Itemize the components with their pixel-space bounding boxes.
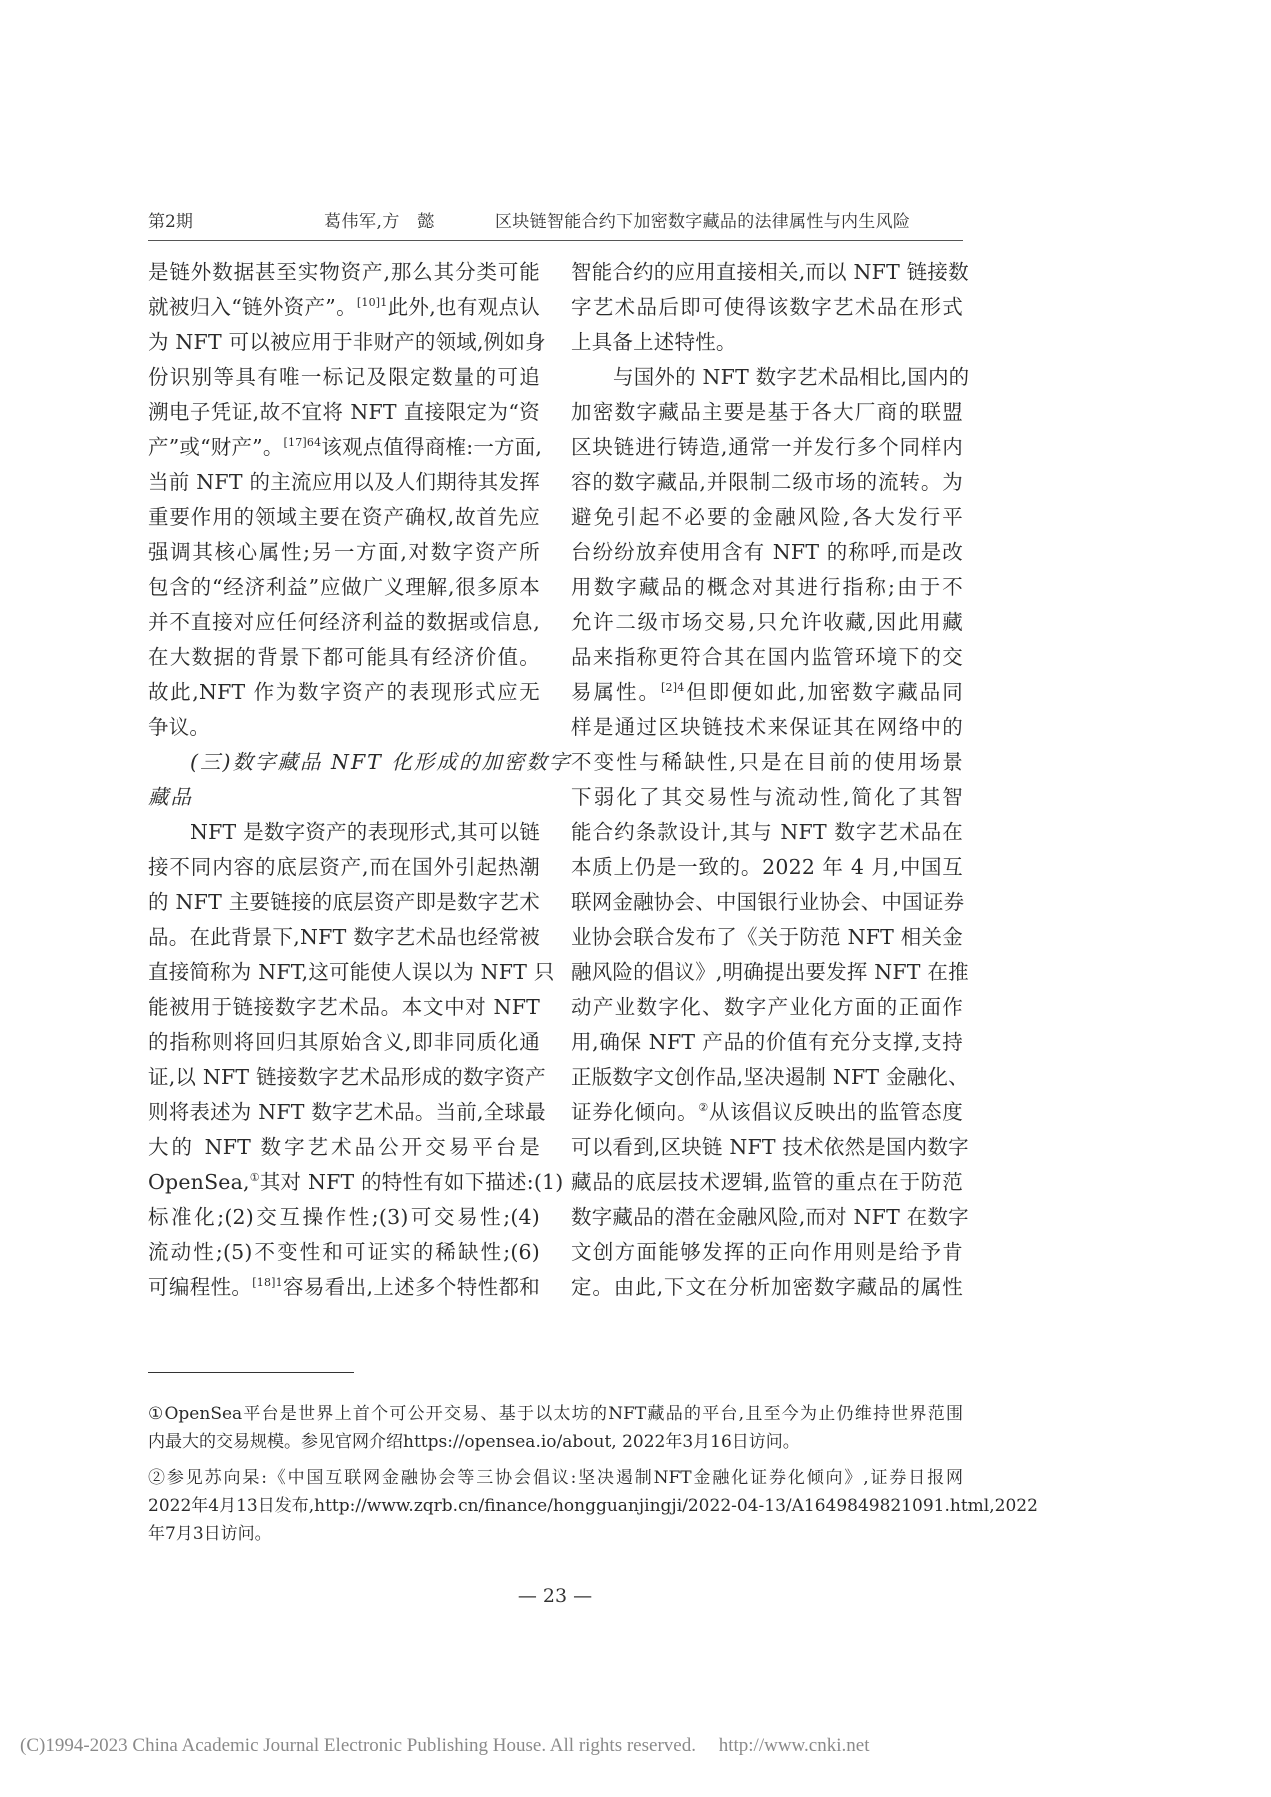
text-line: 在大数据的背景下都可能具有经济价值。 [148,640,540,675]
text-line: 份识别等具有唯一标记及限定数量的可追 [148,360,540,395]
text-line: 智能合约的应用直接相关,而以 NFT 链接数 [571,255,963,290]
line-text: 样是通过区块链技术来保证其在网络中的 [571,715,963,739]
line-text: 文创方面能够发挥的正向作用则是给予肯 [571,1240,963,1264]
text-line: 本质上仍是一致的。2022 年 4 月,中国互 [571,850,963,885]
text-line: 是链外数据甚至实物资产,那么其分类可能 [148,255,540,290]
text-line: 接不同内容的底层资产,而在国外引起热潮 [148,850,540,885]
line-text: 能被用于链接数字艺术品。本文中对 NFT [148,995,540,1019]
line-text: 用数字藏品的概念对其进行指称;由于不 [571,575,963,599]
line-text: OpenSea, [148,1170,250,1194]
text-line: 的指称则将回归其原始含义,即非同质化通 [148,1025,540,1060]
text-line: 与国外的 NFT 数字艺术品相比,国内的 [571,360,963,395]
line-text: 定。由此,下文在分析加密数字藏品的属性 [571,1275,963,1299]
line-text: 可以看到,区块链 NFT 技术依然是国内数字 [571,1135,969,1159]
text-line: 并不直接对应任何经济利益的数据或信息, [148,605,540,640]
line-text: 区块链进行铸造,通常一并发行多个同样内 [571,435,963,459]
line-text: 此外,也有观点认 [387,295,540,319]
text-line: 动产业数字化、数字产业化方面的正面作 [571,990,963,1025]
text-line: 强调其核心属性;另一方面,对数字资产所 [148,535,540,570]
line-text: 下弱化了其交易性与流动性,简化了其智 [571,785,963,809]
header-divider [148,240,963,241]
citation-marker: ① [250,1171,260,1184]
line-text: 避免引起不必要的金融风险,各大发行平 [571,505,963,529]
footnote-text: OpenSea平台是世界上首个可公开交易、基于以太坊的NFT藏品的平台,且至今为… [164,1404,963,1424]
line-text: 加密数字藏品主要是基于各大厂商的联盟 [571,400,963,424]
line-text: 容易看出,上述多个特性都和 [283,1275,540,1299]
text-line: 容的数字藏品,并限制二级市场的流转。为 [571,465,963,500]
text-line: 的 NFT 主要链接的底层资产即是数字艺术 [148,885,540,920]
line-text: 重要作用的领域主要在资产确权,故首先应 [148,505,540,529]
text-line: 能合约条款设计,其与 NFT 数字艺术品在 [571,815,963,850]
running-header: 第2期 葛伟军,方 懿 区块链智能合约下加密数字藏品的法律属性与内生风险 [148,207,963,237]
line-text: 容的数字藏品,并限制二级市场的流转。为 [571,470,963,494]
text-line: 台纷纷放弃使用含有 NFT 的称呼,而是改 [571,535,963,570]
text-line: 当前 NFT 的主流应用以及人们期待其发挥 [148,465,540,500]
line-text: 强调其核心属性;另一方面,对数字资产所 [148,540,540,564]
text-line: 溯电子凭证,故不宜将 NFT 直接限定为“资 [148,395,540,430]
text-line: 易属性。[2]4但即便如此,加密数字藏品同 [571,675,963,710]
line-text: 包含的“经济利益”应做广义理解,很多原本 [148,575,540,599]
line-text: 品。在此背景下,NFT 数字艺术品也经常被 [148,925,540,949]
line-text: 联网金融协会、中国银行业协会、中国证券 [571,890,964,914]
line-text: 业协会联合发布了《关于防范 NFT 相关金 [571,925,963,949]
article-title: 区块链智能合约下加密数字藏品的法律属性与内生风险 [495,207,910,232]
line-text: 正版数字文创作品,坚决遏制 NFT 金融化、 [571,1065,969,1089]
article-authors: 葛伟军,方 懿 [324,207,435,232]
line-text: 数字藏品的潜在金融风险,而对 NFT 在数字 [571,1205,969,1229]
line-text: 故此,NFT 作为数字资产的表现形式应无 [148,680,540,704]
left-column: 是链外数据甚至实物资产,那么其分类可能就被归入“链外资产”。[10]1此外,也有… [148,255,540,1305]
text-line: 则将表述为 NFT 数字艺术品。当前,全球最 [148,1095,540,1130]
citation-marker: [10]1 [357,296,388,309]
text-line: 标准化;(2)交互操作性;(3)可交易性;(4) [148,1200,540,1235]
footnote: ①OpenSea平台是世界上首个可公开交易、基于以太坊的NFT藏品的平台,且至今… [148,1400,963,1456]
line-text: 标准化;(2)交互操作性;(3)可交易性;(4) [148,1205,540,1229]
text-line: 数字藏品的潜在金融风险,而对 NFT 在数字 [571,1200,963,1235]
line-text: 字艺术品后即可使得该数字艺术品在形式 [571,295,963,319]
line-text: 产”或“财产”。 [148,435,284,459]
issue-number: 第2期 [148,207,193,232]
line-text: 易属性。 [571,680,661,704]
text-line: 大的 NFT 数字艺术品公开交易平台是 [148,1130,540,1165]
citation-marker: [18]1 [252,1276,283,1289]
text-line: 业协会联合发布了《关于防范 NFT 相关金 [571,920,963,955]
footnote-spacer [148,1456,963,1464]
line-text: 为 NFT 可以被应用于非财产的领域,例如身 [148,330,546,354]
text-line: 用,确保 NFT 产品的价值有充分支撑,支持 [571,1025,963,1060]
text-line: 不变性与稀缺性,只是在目前的使用场景 [571,745,963,780]
page-number: — 23 — [0,1585,1110,1607]
line-text: 不变性与稀缺性,只是在目前的使用场景 [571,750,963,774]
footnote: ②参见苏向杲:《中国互联网金融协会等三协会倡议:坚决遏制NFT金融化证券化倾向》… [148,1464,963,1548]
text-line: 可编程性。[18]1容易看出,上述多个特性都和 [148,1270,540,1305]
text-line: 允许二级市场交易,只允许收藏,因此用藏 [571,605,963,640]
line-text: 溯电子凭证,故不宜将 NFT 直接限定为“资 [148,400,540,424]
line-text: 该观点值得商榷:一方面, [321,435,542,459]
text-line: 可以看到,区块链 NFT 技术依然是国内数字 [571,1130,963,1165]
line-text: 流动性;(5)不变性和可证实的稀缺性;(6) [148,1240,540,1264]
line-text: 证券化倾向。 [571,1100,698,1124]
line-text: 允许二级市场交易,只允许收藏,因此用藏 [571,610,963,634]
text-line: 流动性;(5)不变性和可证实的稀缺性;(6) [148,1235,540,1270]
line-text: 的 NFT 主要链接的底层资产即是数字艺术 [148,890,540,914]
copyright-text: (C)1994-2023 China Academic Journal Elec… [20,1735,696,1756]
line-text: 在大数据的背景下都可能具有经济价值。 [148,645,540,669]
line-text: 但即便如此,加密数字藏品同 [684,680,963,704]
footnote-marker: ② [148,1468,167,1488]
text-line: 样是通过区块链技术来保证其在网络中的 [571,710,963,745]
text-line: OpenSea,①其对 NFT 的特性有如下描述:(1) [148,1165,540,1200]
text-line: 证券化倾向。②从该倡议反映出的监管态度 [571,1095,963,1130]
text-line: 藏品 [148,780,540,815]
line-text: 的指称则将回归其原始含义,即非同质化通 [148,1030,540,1054]
text-line: 用数字藏品的概念对其进行指称;由于不 [571,570,963,605]
line-text: 动产业数字化、数字产业化方面的正面作 [571,995,963,1019]
text-line: (三)数字藏品 NFT 化形成的加密数字 [148,745,540,780]
line-text: 藏品 [148,785,193,809]
line-text: 能合约条款设计,其与 NFT 数字艺术品在 [571,820,963,844]
line-text: 台纷纷放弃使用含有 NFT 的称呼,而是改 [571,540,963,564]
line-text: 则将表述为 NFT 数字艺术品。当前,全球最 [148,1100,546,1124]
line-text: 是链外数据甚至实物资产,那么其分类可能 [148,260,540,284]
text-line: 避免引起不必要的金融风险,各大发行平 [571,500,963,535]
text-line: 能被用于链接数字艺术品。本文中对 NFT [148,990,540,1025]
text-line: 上具备上述特性。 [571,325,963,360]
text-line: 融风险的倡议》,明确提出要发挥 NFT 在推 [571,955,963,990]
line-text: 品来指称更符合其在国内监管环境下的交 [571,645,963,669]
line-text: 本质上仍是一致的。2022 年 4 月,中国互 [571,855,963,879]
text-line: 为 NFT 可以被应用于非财产的领域,例如身 [148,325,540,360]
line-text: NFT 是数字资产的表现形式,其可以链 [190,820,540,844]
text-line: 联网金融协会、中国银行业协会、中国证券 [571,885,963,920]
footnote-line: 内最大的交易规模。参见官网介绍https://opensea.io/about,… [148,1428,963,1456]
line-text: 大的 NFT 数字艺术品公开交易平台是 [148,1135,540,1159]
line-text: 藏品的底层技术逻辑,监管的重点在于防范 [571,1170,963,1194]
citation-marker: ② [698,1101,709,1114]
copyright-notice: (C)1994-2023 China Academic Journal Elec… [20,1735,869,1757]
text-line: 区块链进行铸造,通常一并发行多个同样内 [571,430,963,465]
text-line: 包含的“经济利益”应做广义理解,很多原本 [148,570,540,605]
footnote-line: ①OpenSea平台是世界上首个可公开交易、基于以太坊的NFT藏品的平台,且至今… [148,1400,963,1428]
text-line: 字艺术品后即可使得该数字艺术品在形式 [571,290,963,325]
text-line: 品来指称更符合其在国内监管环境下的交 [571,640,963,675]
line-text: 接不同内容的底层资产,而在国外引起热潮 [148,855,540,879]
text-line: 正版数字文创作品,坚决遏制 NFT 金融化、 [571,1060,963,1095]
footnote-marker: ① [148,1404,164,1424]
text-line: 重要作用的领域主要在资产确权,故首先应 [148,500,540,535]
text-line: 故此,NFT 作为数字资产的表现形式应无 [148,675,540,710]
line-text: 可编程性。 [148,1275,252,1299]
line-text: 融风险的倡议》,明确提出要发挥 NFT 在推 [571,960,969,984]
text-line: 证,以 NFT 链接数字艺术品形成的数字资产 [148,1060,540,1095]
line-text: 当前 NFT 的主流应用以及人们期待其发挥 [148,470,540,494]
citation-marker: [17]64 [284,436,322,449]
footnote-text: 2022年4月13日发布,http://www.zqrb.cn/finance/… [148,1496,1038,1516]
line-text: 与国外的 NFT 数字艺术品相比,国内的 [613,365,969,389]
footnotes: ①OpenSea平台是世界上首个可公开交易、基于以太坊的NFT藏品的平台,且至今… [148,1400,963,1548]
right-column: 智能合约的应用直接相关,而以 NFT 链接数字艺术品后即可使得该数字艺术品在形式… [571,255,963,1305]
line-text: 智能合约的应用直接相关,而以 NFT 链接数 [571,260,969,284]
text-line: 藏品的底层技术逻辑,监管的重点在于防范 [571,1165,963,1200]
text-line: 文创方面能够发挥的正向作用则是给予肯 [571,1235,963,1270]
footnote-text: 年7月3日访问。 [148,1524,272,1544]
line-text: 从该倡议反映出的监管态度 [709,1100,963,1124]
cnki-link[interactable]: http://www.cnki.net [719,1735,870,1756]
line-text: 并不直接对应任何经济利益的数据或信息, [148,610,540,634]
text-line: 加密数字藏品主要是基于各大厂商的联盟 [571,395,963,430]
text-line: NFT 是数字资产的表现形式,其可以链 [148,815,540,850]
line-text: 就被归入“链外资产”。 [148,295,357,319]
footnote-text: 内最大的交易规模。参见官网介绍https://opensea.io/about,… [148,1432,800,1452]
line-text: 直接简称为 NFT,这可能使人误以为 NFT 只 [148,960,555,984]
line-text: 证,以 NFT 链接数字艺术品形成的数字资产 [148,1065,546,1089]
line-text: 用,确保 NFT 产品的价值有充分支撑,支持 [571,1030,963,1054]
footnote-divider [148,1372,354,1373]
footnote-line: 2022年4月13日发布,http://www.zqrb.cn/finance/… [148,1492,963,1520]
line-text: 争议。 [148,715,210,739]
text-line: 直接简称为 NFT,这可能使人误以为 NFT 只 [148,955,540,990]
text-line: 产”或“财产”。[17]64该观点值得商榷:一方面, [148,430,540,465]
footnote-line: ②参见苏向杲:《中国互联网金融协会等三协会倡议:坚决遏制NFT金融化证券化倾向》… [148,1464,963,1492]
text-line: 就被归入“链外资产”。[10]1此外,也有观点认 [148,290,540,325]
text-line: 定。由此,下文在分析加密数字藏品的属性 [571,1270,963,1305]
text-line: 争议。 [148,710,540,745]
line-text: (三)数字藏品 NFT 化形成的加密数字 [190,750,571,774]
line-text: 上具备上述特性。 [571,330,737,354]
citation-marker: [2]4 [661,681,684,694]
footnote-line: 年7月3日访问。 [148,1520,963,1548]
text-line: 下弱化了其交易性与流动性,简化了其智 [571,780,963,815]
footnote-text: 参见苏向杲:《中国互联网金融协会等三协会倡议:坚决遏制NFT金融化证券化倾向》,… [167,1468,963,1488]
text-line: 品。在此背景下,NFT 数字艺术品也经常被 [148,920,540,955]
line-text: 其对 NFT 的特性有如下描述:(1) [260,1170,564,1194]
line-text: 份识别等具有唯一标记及限定数量的可追 [148,365,540,389]
